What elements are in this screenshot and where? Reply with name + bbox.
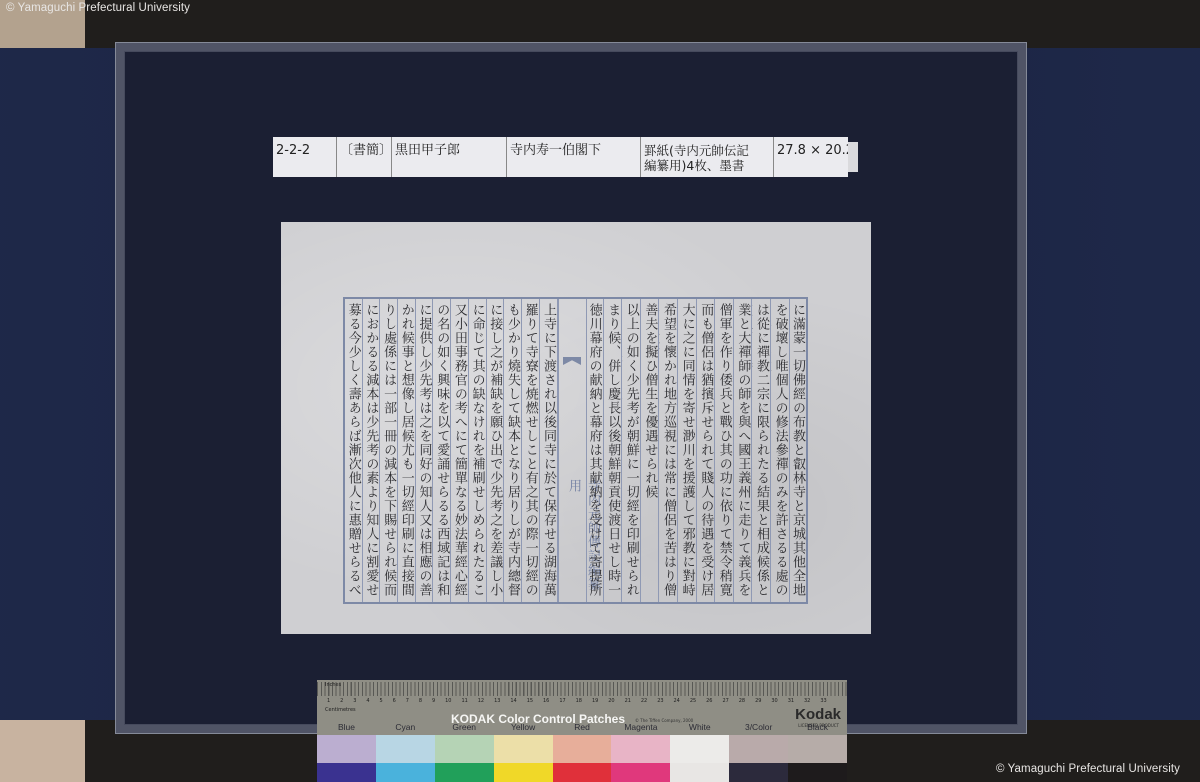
cm-number: 15 [527,698,533,704]
cm-number: 22 [641,698,647,704]
text-column: 以上の如く少先考が朝鮮に一切經を印刷せられたるは三部に止 [622,299,641,602]
patch-blue-dark [317,763,376,782]
cm-number: 3 [353,698,356,704]
label-dimensions: 27.8 × 20.2 [774,137,848,177]
label-item-type: 〔書簡〕 [337,137,392,177]
patch-label-magenta: Magenta [611,720,670,735]
patch-black-dark [788,763,847,782]
cm-number: 25 [690,698,696,704]
text-column: に接し之が補缺を願ひ出で少先考之を差議し小田事務官 [487,299,505,602]
cm-number: 21 [625,698,631,704]
cm-number: 9 [432,698,435,704]
patch-cyan-light [376,735,435,763]
text-column: りし處係には一部一冊の減本を下賜せられ候而して現に寺内文庫 [380,299,398,602]
catalog-label-strip: 2-2-2 〔書簡〕 黒田甲子郎 寺内寿一伯閣下 罫紙(寺内元帥伝記 編纂用)4… [273,137,848,177]
patch-cyan-dark [376,763,435,782]
text-column: におかるる減本は少先考の素より知人に割愛せられざる残部に有之 [363,299,381,602]
patch-3color-light [729,735,788,763]
patch-yellow-light [494,735,553,763]
measurement-ruler: Inches 1 2 3 4 5 6 7 8 9 10 11 12 13 14 … [317,680,847,735]
patch-magenta-light [611,735,670,763]
cm-number: 19 [592,698,598,704]
patch-yellow-dark [494,763,553,782]
patch-label-white: White [670,720,729,735]
inches-label: Inches [325,682,341,688]
label-catalog-number: 2-2-2 [273,137,337,177]
copyright-watermark-bottom: © Yamaguchi Prefectural University [996,763,1180,775]
cm-number: 17 [559,698,565,704]
fishtail-mark-icon [563,357,581,365]
patch-blue-light [317,735,376,763]
cm-number: 29 [755,698,761,704]
center-gutter: 寺内元帥傳記編纂用 [558,299,587,602]
patch-label-yellow: Yellow [494,720,553,735]
text-column: に提供し少先考は之を同好の知人又は相應の善提寺並に頒 [416,299,434,602]
cm-number: 13 [494,698,500,704]
text-column: 上寺に下渡され以後同寺に於て保存せる湖海萬間大夫に [540,299,558,602]
cm-number: 24 [674,698,680,704]
patch-magenta-dark [611,763,670,782]
text-column: に命じて其の缺なけれを補刷せしめられたることは事實と有之候猶 [469,299,487,602]
text-column: 募る今少しく壽あらば漸次他人に惠贈せらるべきものに候得共 [345,299,363,602]
patch-label-cyan: Cyan [376,720,435,735]
color-patches-light-row [317,735,847,763]
patch-3color-dark [729,763,788,782]
cm-number: 28 [739,698,745,704]
cm-number: 32 [804,698,810,704]
text-column: も少かり燒失して缺本となり居りしが寺内總督の一切經印刷の報 [504,299,522,602]
cm-number: 30 [771,698,777,704]
cm-number: 1 [327,698,330,704]
cm-number: 6 [393,698,396,704]
text-column: は從に禪教二宗に限られたる結果と相成候係と宣祖朝の時に [752,299,771,602]
label-sender: 黒田甲子郎 [392,137,507,177]
color-patches-dark-row [317,763,847,782]
patch-white-light [670,735,729,763]
patch-label-red: Red [553,720,612,735]
cm-number: 31 [788,698,794,704]
patch-white-dark [670,763,729,782]
label-recipient: 寺内寿一伯閣下 [507,137,641,177]
cm-number: 8 [419,698,422,704]
patch-black-light [788,735,847,763]
cm-number: 2 [340,698,343,704]
patch-labels: Blue Cyan Green Yellow Red Magenta White… [317,720,847,735]
ruler-ticks [317,682,847,696]
cm-number: 27 [722,698,728,704]
text-column: 羅りて寺寮を焼燃せしこと有之其の際一切經の一部三巻 [522,299,540,602]
cm-number: 4 [366,698,369,704]
kodak-color-control-strip: Inches 1 2 3 4 5 6 7 8 9 10 11 12 13 14 … [317,680,847,782]
text-column: 而も僧侶は猶擯斥せられて賤人の待遇を受け居たり、少先考は [697,299,716,602]
cm-number: 5 [380,698,383,704]
text-column: を破壞し唯個人の修法參禪のみを許さるる處の朝鮮の佛教 [771,299,790,602]
text-column: 徳川幕府の献納と幕府は其献納を受けて寄提所たる増 [585,299,604,602]
text-column: まり候、併し慶長以後朝鮮朝貢使渡日せし時一切經を [604,299,623,602]
text-column: 大に之に同情を寄せ渺川を援護して邪教に對峙せしめんとの [678,299,697,602]
patch-red-dark [553,763,612,782]
copyright-watermark-top: © Yamaguchi Prefectural University [6,2,190,14]
patch-label-blue: Blue [317,720,376,735]
text-column: の名の如く興味を以て愛誦せらるる西域記は和都緒刷して補習 [434,299,452,602]
text-column: 僧軍を作り倭兵と戰ひ其の功に依りて禁令稍寛となりしも [715,299,734,602]
centimeters-label: Centimetres [325,707,356,713]
cm-number: 16 [543,698,549,704]
text-column: かれ候事と想像し居候尤も一切經印刷に直接間接關係あ [398,299,416,602]
tape-edge [848,142,858,172]
text-column: 又小田事務官の考へにて簡單なる妙法華經心經又は沙門外 [451,299,469,602]
text-column: 希望を懷かれ地方巡視には常に僧侶を苦はり僧侶を激勵し [659,299,678,602]
patch-label-3color: 3/Color [729,720,788,735]
text-column: 業と大禪師の師を與へ國王義州に走りて義兵を募り [734,299,753,602]
cm-number: 14 [510,698,516,704]
text-column: に滿蒙一切佛經の布教と叡林寺と京城其他全地の佛寺 [790,299,806,602]
patch-green-light [435,735,494,763]
cm-number: 23 [657,698,663,704]
cm-number: 33 [820,698,826,704]
patch-label-black: Black [788,720,847,735]
ruled-grid: 募る今少しく壽あらば漸次他人に惠贈せらるべきものに候得共 におかるる減本は少先考… [343,297,808,604]
patch-green-dark [435,763,494,782]
cm-number: 12 [478,698,484,704]
patch-red-light [553,735,612,763]
cm-number: 7 [406,698,409,704]
patch-label-green: Green [435,720,494,735]
cm-number: 18 [576,698,582,704]
text-column: 善夫を擬ひ僧生を優遇せられ候 [641,299,660,602]
cm-number: 26 [706,698,712,704]
letter-paper: 募る今少しく壽あらば漸次他人に惠贈せらるべきものに候得共 におかるる減本は少先考… [281,222,871,634]
label-material: 罫紙(寺内元帥伝記 編纂用)4枚、墨書 [641,137,774,177]
cm-number: 11 [461,698,467,704]
cm-number: 10 [445,698,451,704]
background-board-bottom [0,720,85,782]
centimeter-numbers: 1 2 3 4 5 6 7 8 9 10 11 12 13 14 15 16 1… [327,698,827,704]
cm-number: 20 [608,698,614,704]
